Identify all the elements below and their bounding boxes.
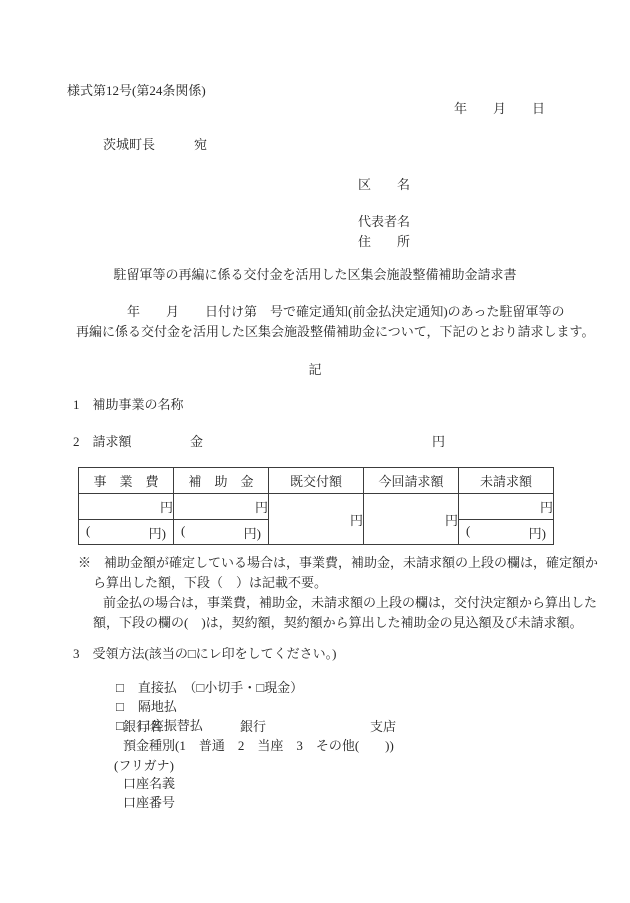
already-paid-amount-cell: 円	[269, 494, 364, 545]
note-line-4: 額，下段の欄の( )は，契約額，契約額から算出した補助金の見込額及び未請求額。	[93, 616, 583, 631]
paren-close-unit: 円)	[244, 523, 261, 542]
unrequested-paren-cell: ( 円)	[459, 520, 554, 545]
addressee-line: 茨城町長 宛	[103, 138, 207, 153]
record-mark: 記	[0, 363, 630, 378]
table-header-unrequested: 未請求額	[459, 468, 554, 494]
account-name-label: 口座名義	[123, 777, 175, 792]
current-request-amount-cell: 円	[364, 494, 459, 545]
account-number-label: 口座番号	[123, 796, 175, 811]
paren-open: (	[181, 523, 185, 542]
paren-open: (	[466, 523, 470, 542]
section-2-heading: 2 請求額	[73, 435, 132, 450]
document-title: 駐留軍等の再編に係る交付金を活用した区集会施設整備補助金請求書	[0, 268, 630, 283]
form-number: 様式第12号(第24条関係)	[67, 84, 206, 99]
date-line: 年 月 日	[454, 102, 545, 117]
address-label: 住 所	[358, 235, 410, 250]
subsidy-amount-table: 事 業 費 補 助 金 既交付額 今回請求額 未請求額 円 円 円 円 円 ( …	[78, 467, 554, 545]
form-document-page: 様式第12号(第24条関係) 年 月 日 茨城町長 宛 区 名 代表者名 住 所…	[0, 0, 630, 903]
body-paragraph-line-1: 年 月 日付け第 号で確定通知(前金払決定通知)のあった駐留軍等の	[127, 305, 565, 320]
table-header-project-cost: 事 業 費	[79, 468, 174, 494]
section-1-heading: 1 補助事業の名称	[73, 398, 184, 413]
table-header-current-request: 今回請求額	[364, 468, 459, 494]
amount-prefix-label: 金	[190, 435, 203, 450]
table-header-already-paid: 既交付額	[269, 468, 364, 494]
table-upper-row: 円 円 円 円 円	[79, 494, 554, 520]
body-paragraph-line-2: 再編に係る交付金を活用した区集会施設整備補助金について，下記のとおり請求します。	[76, 325, 594, 340]
paren-close-unit: 円)	[529, 523, 546, 542]
unrequested-amount-cell: 円	[459, 494, 554, 520]
note-line-2: ら算出した額，下段（ ）は記載不要。	[93, 576, 327, 591]
project-cost-paren-cell: ( 円)	[79, 520, 174, 545]
paren-open: (	[86, 523, 90, 542]
bank-name-line: 銀行名 銀行 支店	[123, 720, 396, 735]
representative-name-label: 代表者名	[358, 215, 410, 230]
district-name-label: 区 名	[358, 178, 410, 193]
subsidy-paren-cell: ( 円)	[174, 520, 269, 545]
note-line-1: ※ 補助金額が確定している場合は，事業費，補助金，未請求額の上段の欄は，確定額か	[78, 556, 598, 571]
paren-close-unit: 円)	[149, 523, 166, 542]
amount-unit-label: 円	[432, 435, 445, 450]
note-line-3: 前金払の場合は，事業費，補助金，未請求額の上段の欄は，交付決定額から算出した	[103, 596, 597, 611]
table-header-row: 事 業 費 補 助 金 既交付額 今回請求額 未請求額	[79, 468, 554, 494]
project-cost-amount-cell: 円	[79, 494, 174, 520]
table-header-subsidy: 補 助 金	[174, 468, 269, 494]
section-3-heading: 3 受領方法(該当の□にレ印をしてください。)	[73, 647, 337, 662]
account-type-line: 預金種別(1 普通 2 当座 3 その他( ))	[123, 739, 394, 754]
subsidy-amount-cell: 円	[174, 494, 269, 520]
furigana-label: (フリガナ)	[114, 759, 174, 774]
